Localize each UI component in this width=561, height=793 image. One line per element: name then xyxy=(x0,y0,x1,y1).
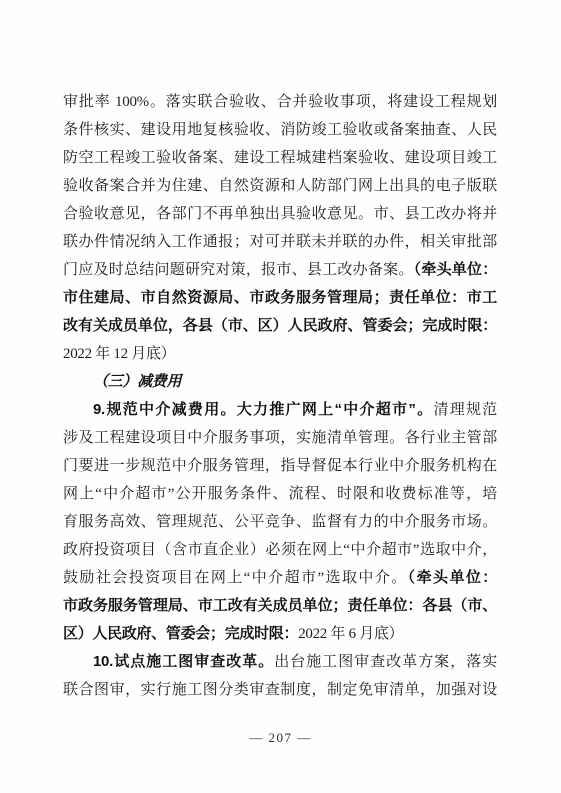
deadline-text: 2022 年 6 月底） xyxy=(298,626,403,642)
text-line: 10.试点施工图审查改革。出台施工图审查改革方案，落实 xyxy=(63,648,497,676)
text-line: 门要进一步规范中介服务管理，指导督促本行业中介服务机构在 xyxy=(63,452,497,480)
text-run: 涉及工程建设项目中介服务事项，实施清单管理。各行业主管部 xyxy=(63,430,497,446)
text-line: 联办件情况纳入工作通报；对可并联未并联的办件，相关审批部 xyxy=(63,228,497,256)
text-run: 网上“中介超市”公开服务条件、流程、时限和收费标准等，培 xyxy=(63,486,497,502)
text-line: 市政务服务管理局、市工改有关成员单位；责任单位：各县（市、 xyxy=(63,592,497,620)
text-line: 市住建局、市自然资源局、市政务服务管理局；责任单位：市工 xyxy=(63,284,497,312)
text-run: 育服务高效、管理规范、公平竞争、监督有力的中介服务市场。 xyxy=(63,514,497,530)
text-line: 涉及工程建设项目中介服务事项，实施清单管理。各行业主管部 xyxy=(63,424,497,452)
text-run: 防空工程竣工验收备案、建设工程城建档案验收、建设项目竣工 xyxy=(63,150,497,166)
document-page: 审批率 100%。落实联合验收、合并验收事项，将建设工程规划 条件核实、建设用地… xyxy=(0,0,561,793)
responsible-units-text: 区）人民政府、管委会；完成时限： xyxy=(63,625,298,642)
deadline-text: 2022 年 12 月底） xyxy=(63,346,175,362)
text-line: 条件核实、建设用地复核验收、消防竣工验收或备案抽查、人民 xyxy=(63,116,497,144)
text-line: 鼓励社会投资项目在网上“中介超市”选取中介。（牵头单位： xyxy=(63,564,497,592)
text-line: 门应及时总结问题研究对策，报市、县工改办备案。（牵头单位： xyxy=(63,256,497,284)
text-line: 合验收意见，各部门不再单独出具验收意见。市、县工改办将并 xyxy=(63,200,497,228)
section-heading: （三）减费用 xyxy=(63,368,497,396)
document-body: 审批率 100%。落实联合验收、合并验收事项，将建设工程规划 条件核实、建设用地… xyxy=(63,88,497,704)
text-line: 9.规范中介减费用。大力推广网上“中介超市”。清理规范 xyxy=(63,396,497,424)
text-line: 验收备案合并为住建、自然资源和人防部门网上出具的电子版联 xyxy=(63,172,497,200)
page-footer: — 207 — xyxy=(0,730,561,746)
text-run: 政府投资项目（含市直企业）必须在网上“中介超市”选取中介， xyxy=(63,542,497,558)
text-run: 验收备案合并为住建、自然资源和人防部门网上出具的电子版联 xyxy=(63,178,497,194)
responsible-units-text: 市住建局、市自然资源局、市政务服务管理局；责任单位：市工 xyxy=(63,289,497,306)
text-line: 防空工程竣工验收备案、建设工程城建档案验收、建设项目竣工 xyxy=(63,144,497,172)
lead-unit-label: （牵头单位： xyxy=(408,569,497,586)
text-run: 出台施工图审查改革方案，落实 xyxy=(274,654,497,670)
text-line: 区）人民政府、管委会；完成时限：2022 年 6 月底） xyxy=(63,620,497,648)
lead-unit-label: （牵头单位： xyxy=(414,261,497,278)
item-9-title: 9.规范中介减费用。大力推广网上“中介超市”。 xyxy=(93,401,433,418)
text-run: 联合图审，实行施工图分类审查制度，制定免审清单，加强对设 xyxy=(63,682,497,698)
text-line: 网上“中介超市”公开服务条件、流程、时限和收费标准等，培 xyxy=(63,480,497,508)
text-line: 2022 年 12 月底） xyxy=(63,340,497,368)
text-run: 审批率 100%。落实联合验收、合并验收事项，将建设工程规划 xyxy=(63,94,497,110)
text-line: 联合图审，实行施工图分类审查制度，制定免审清单，加强对设 xyxy=(63,676,497,704)
text-run: 门应及时总结问题研究对策，报市、县工改办备案。 xyxy=(63,262,414,278)
responsible-units-text: 改有关成员单位，各县（市、区）人民政府、管委会；完成时限： xyxy=(63,317,497,334)
text-line: 育服务高效、管理规范、公平竞争、监督有力的中介服务市场。 xyxy=(63,508,497,536)
page-number: — 207 — xyxy=(249,730,312,745)
responsible-units-text: 市政务服务管理局、市工改有关成员单位；责任单位：各县（市、 xyxy=(63,597,497,614)
text-line: 改有关成员单位，各县（市、区）人民政府、管委会；完成时限： xyxy=(63,312,497,340)
section-heading-text: （三）减费用 xyxy=(93,374,181,390)
text-run: 条件核实、建设用地复核验收、消防竣工验收或备案抽查、人民 xyxy=(63,122,497,138)
text-run: 合验收意见，各部门不再单独出具验收意见。市、县工改办将并 xyxy=(63,206,497,222)
text-line: 政府投资项目（含市直企业）必须在网上“中介超市”选取中介， xyxy=(63,536,497,564)
text-run: 清理规范 xyxy=(433,402,497,418)
text-run: 鼓励社会投资项目在网上“中介超市”选取中介。 xyxy=(63,570,408,586)
item-10-title: 10.试点施工图审查改革。 xyxy=(93,653,274,670)
text-run: 联办件情况纳入工作通报；对可并联未并联的办件，相关审批部 xyxy=(63,234,497,250)
text-run: 门要进一步规范中介服务管理，指导督促本行业中介服务机构在 xyxy=(63,458,497,474)
text-line: 审批率 100%。落实联合验收、合并验收事项，将建设工程规划 xyxy=(63,88,497,116)
